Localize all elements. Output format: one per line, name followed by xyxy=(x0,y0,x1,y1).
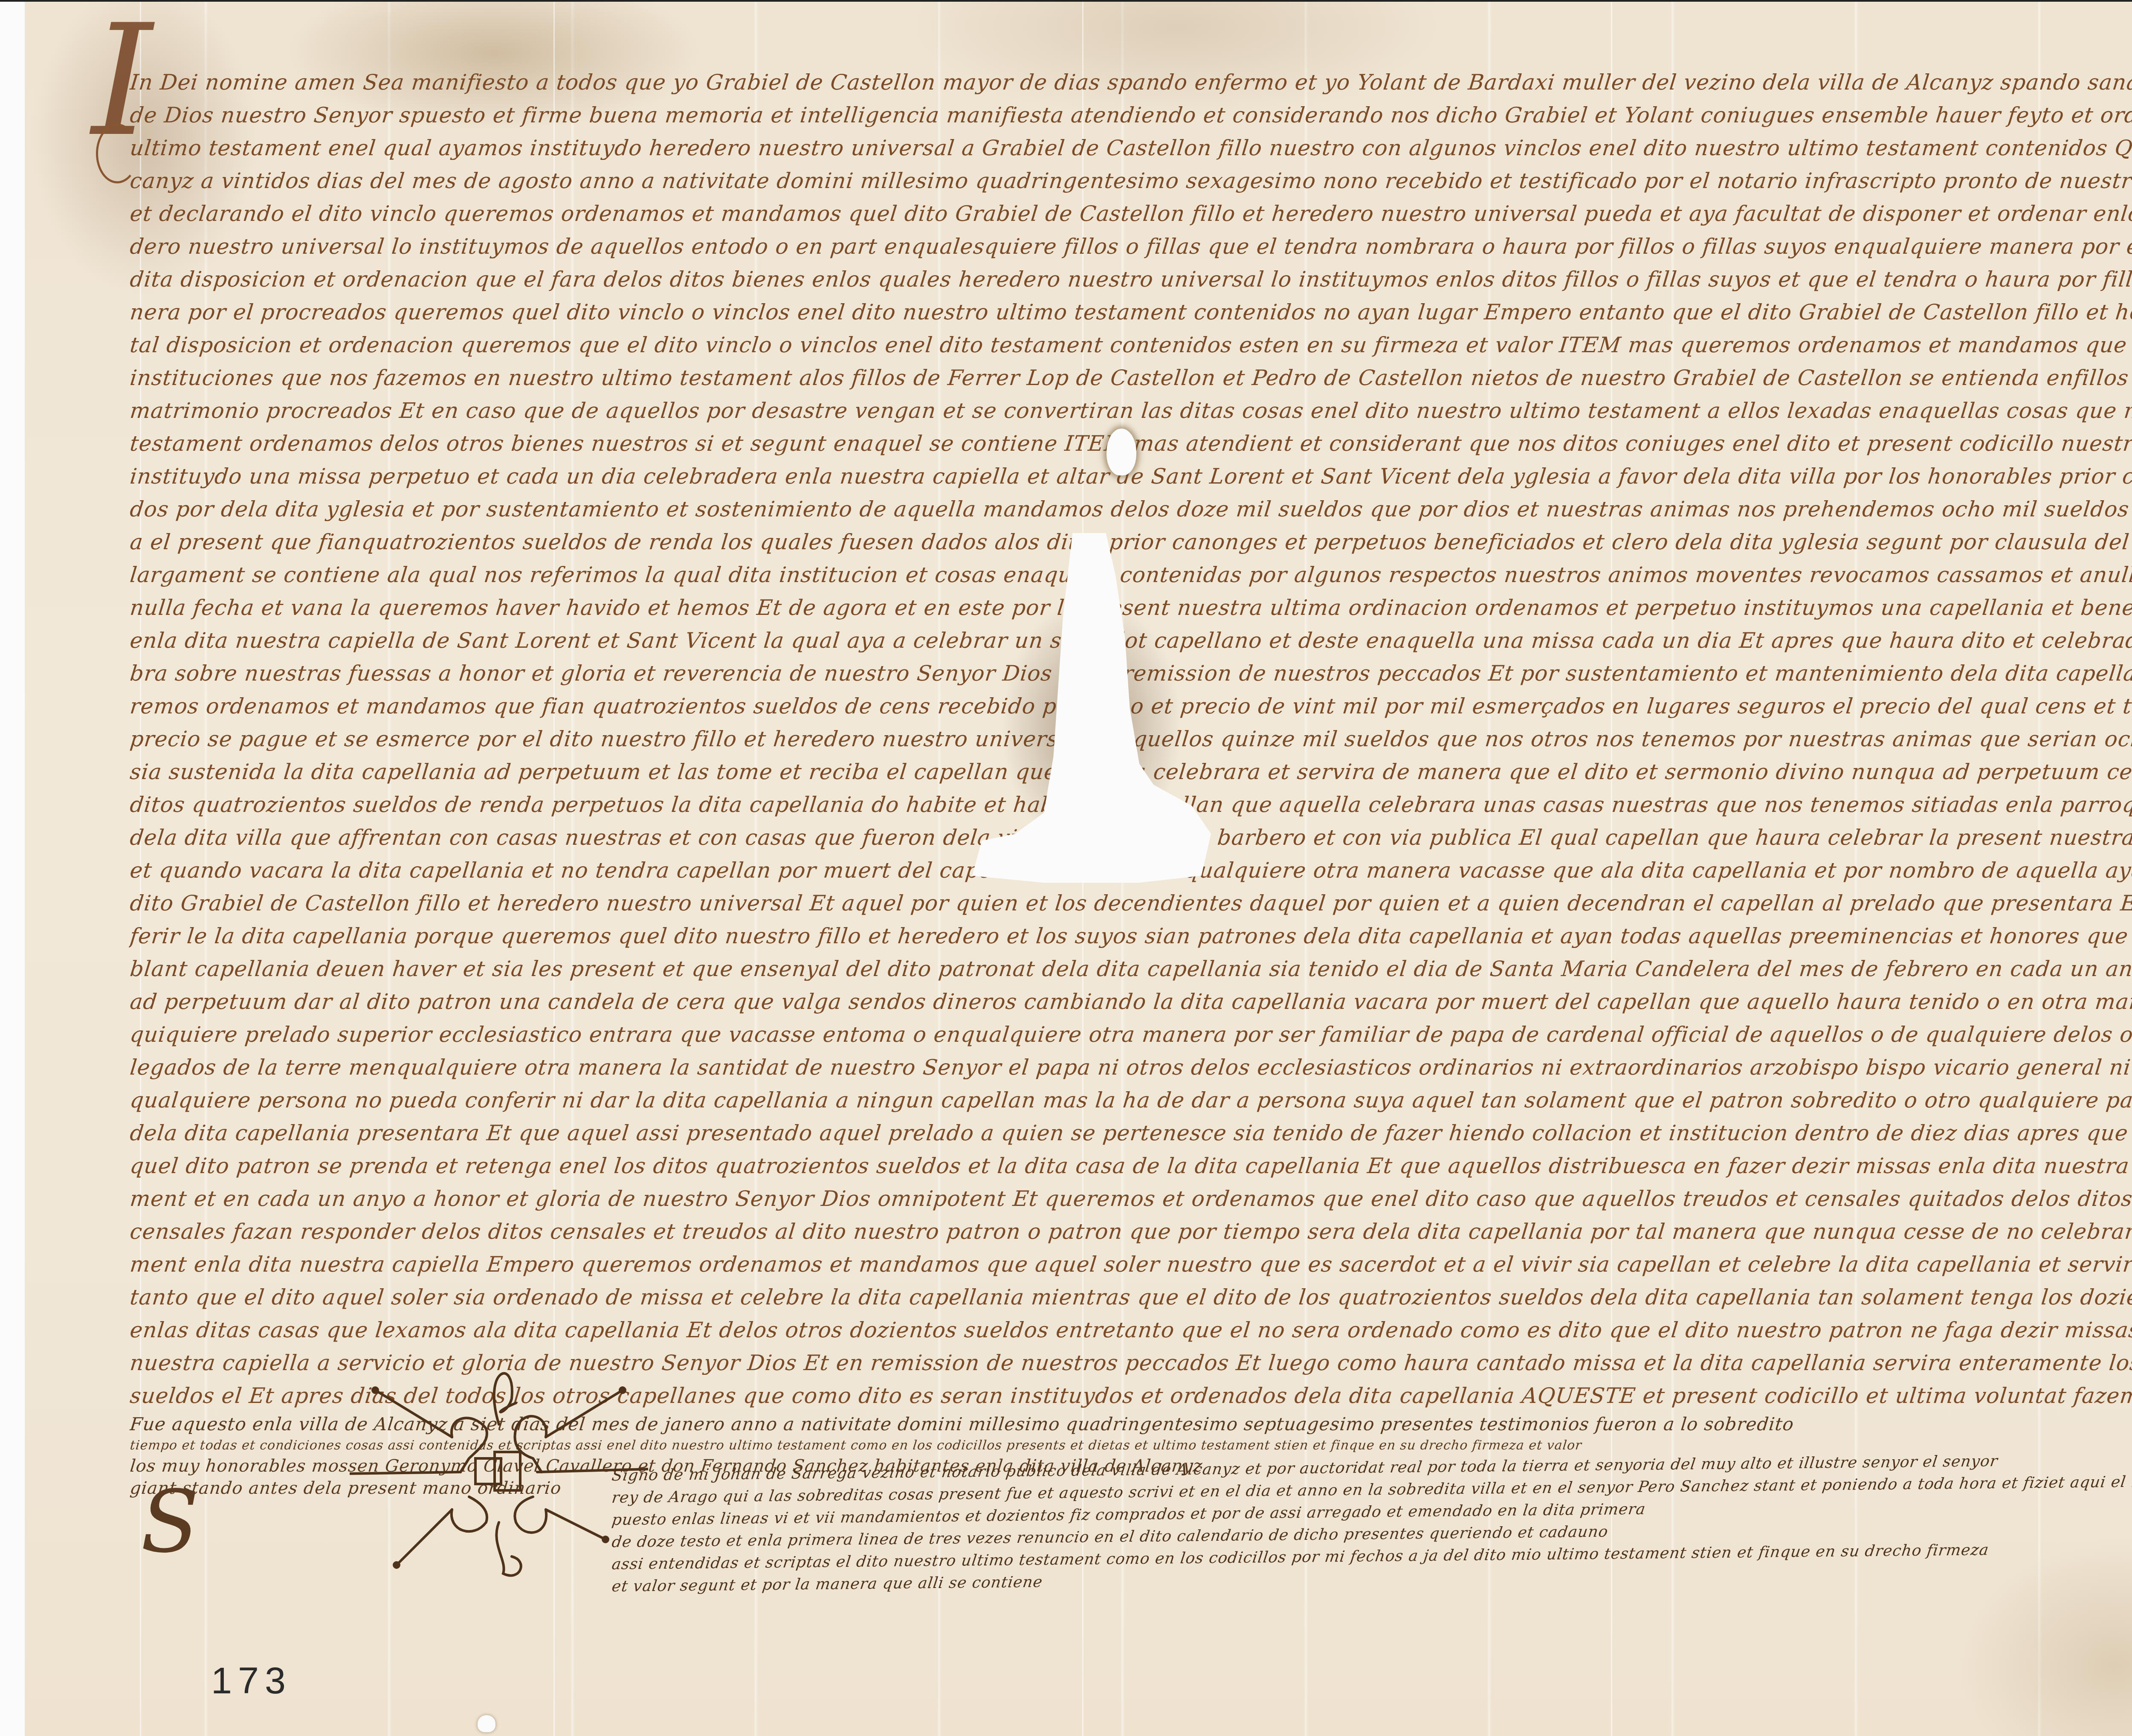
text-line: dero nuestro universal lo instituymos de… xyxy=(128,230,2132,263)
text-line: qualquiere persona no pueda conferir ni … xyxy=(128,1084,2132,1117)
text-line: dos por dela dita yglesia et por sustent… xyxy=(128,493,2132,526)
text-line: quiquiere prelado superior ecclesiastico… xyxy=(128,1018,2132,1051)
archive-number: 173 xyxy=(211,1659,292,1702)
text-line: ment et en cada un anyo a honor et glori… xyxy=(128,1182,2132,1215)
text-line: ad perpetuum dar al dito patron una cand… xyxy=(128,985,2132,1018)
text-line: dita disposicion et ordenacion que el fa… xyxy=(128,263,2132,296)
text-line: de Dios nuestro Senyor spuesto et firme … xyxy=(128,99,2132,132)
text-line: blant capellania deuen haver et sia les … xyxy=(128,953,2132,985)
text-line: nera por el procreados queremos quel dit… xyxy=(128,296,2132,329)
text-line: In Dei nomine amen Sea manifiesto a todo… xyxy=(128,66,2132,99)
text-line: ultimo testament enel qual ayamos instit… xyxy=(128,132,2132,165)
notarial-signum-icon xyxy=(350,1360,648,1582)
parchment-hole xyxy=(1107,429,1136,475)
text-line: canyz a vintidos dias del mes de agosto … xyxy=(128,165,2132,197)
text-line: et declarando el dito vinclo queremos or… xyxy=(128,197,2132,230)
text-line: ferir le la dita capellania porque quere… xyxy=(128,920,2132,953)
text-line: enlas ditas casas que lexamos ala dita c… xyxy=(128,1314,2132,1347)
scan-top-border xyxy=(0,0,2132,2)
text-line: tanto que el dito aquel soler sia ordena… xyxy=(128,1281,2132,1314)
parchment-hole xyxy=(478,1715,495,1732)
text-line: matrimonio procreados Et en caso que de … xyxy=(128,394,2132,427)
text-line: legados de la terre menqualquiere otra m… xyxy=(128,1051,2132,1084)
text-line: quel dito patron se prenda et retenga en… xyxy=(128,1150,2132,1182)
text-line: censales fazan responder delos ditos cen… xyxy=(128,1215,2132,1248)
text-line: instituciones que nos fazemos en nuestro… xyxy=(128,362,2132,394)
text-line: tal disposicion et ordenacion queremos q… xyxy=(128,329,2132,362)
text-line: dela dita capellania presentara Et que a… xyxy=(128,1117,2132,1150)
text-line: dito Grabiel de Castellon fillo et hered… xyxy=(128,887,2132,920)
text-line: ment enla dita nuestra capiella Empero q… xyxy=(128,1248,2132,1281)
notary-subscription: Signo de mi Johan de Sarrega vezino et n… xyxy=(612,1465,2132,1598)
signum-initial: S xyxy=(141,1480,209,1574)
